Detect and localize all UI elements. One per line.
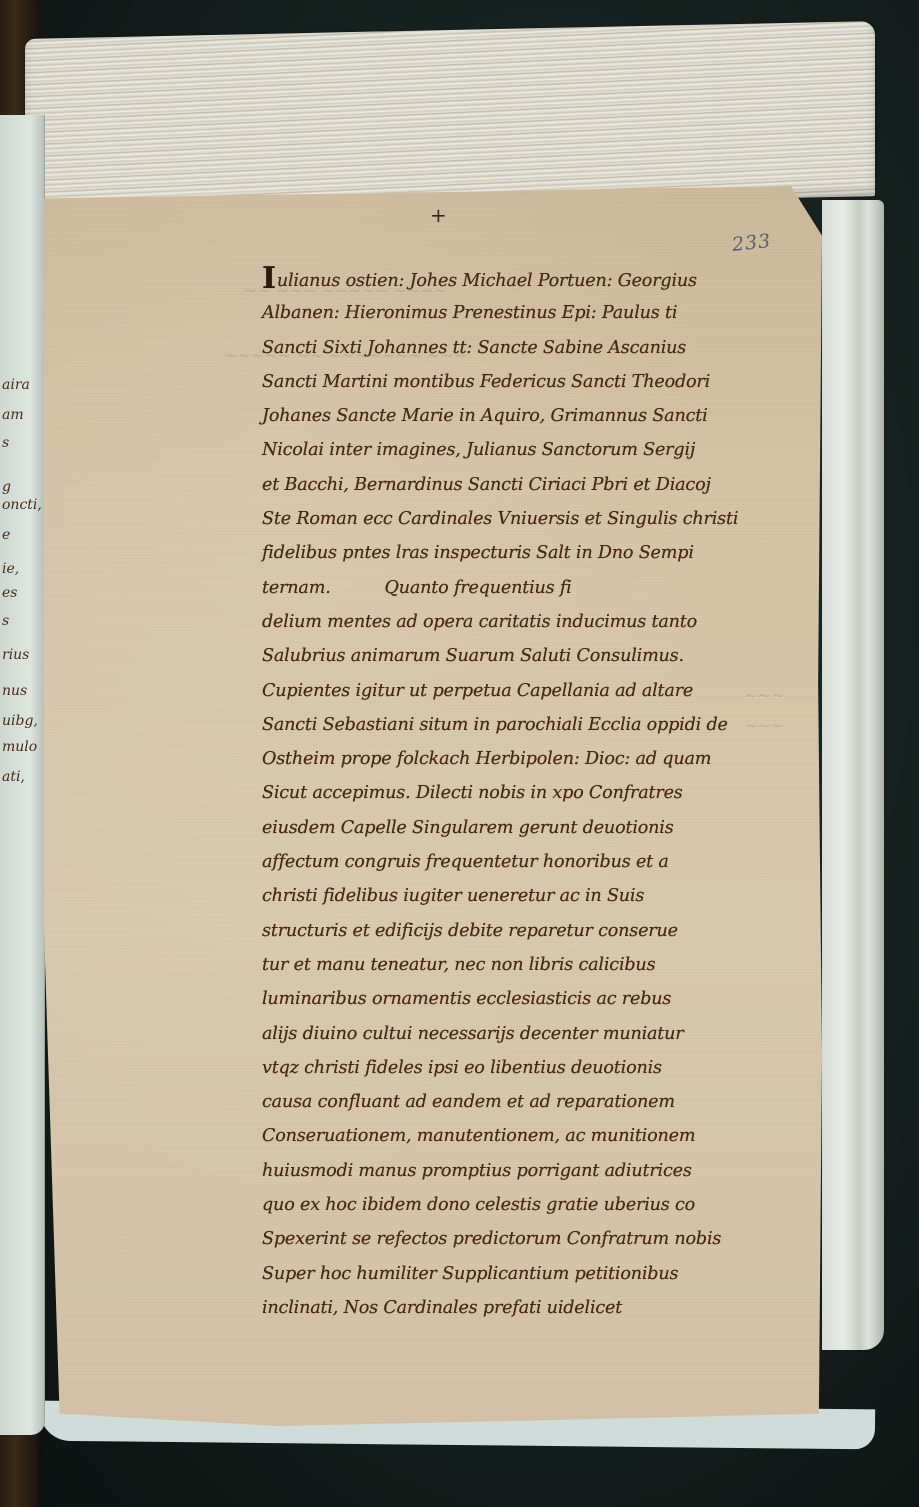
text-line: alijs diuino cultui necessarijs decenter…: [262, 1017, 802, 1051]
manuscript-photo: aira am s g oncti, e ie, es s rius nus u…: [0, 0, 919, 1507]
page-block-right-edges: [822, 200, 884, 1350]
text-line: causa confluant ad eandem et ad reparati…: [262, 1085, 802, 1119]
text-line: christi fidelibus iugiter ueneretur ac i…: [262, 879, 802, 913]
text-line: Sicut accepimus. Dilecti nobis in xpo Co…: [262, 776, 802, 810]
text-line: vtqz christi fideles ipsi eo libentius d…: [262, 1051, 802, 1085]
text-line: Sancti Sebastiani situm in parochiali Ec…: [262, 708, 802, 742]
decorated-initial: I: [262, 261, 276, 296]
text-line: Sancti Martini montibus Federicus Sancti…: [262, 365, 802, 399]
text-line: ternam. Quanto frequentius fi: [262, 571, 802, 605]
left-fragment: es: [2, 585, 17, 601]
text-line: et Bacchi, Bernardinus Sancti Ciriaci Pb…: [262, 468, 802, 502]
folio-number: 233: [731, 230, 772, 256]
manuscript-text: Iulianus ostien: Johes Michael Portuen: …: [262, 262, 802, 1325]
left-fragment: uibg,: [2, 713, 38, 729]
text-line: delium mentes ad opera caritatis inducim…: [262, 605, 802, 639]
left-fragment: am: [2, 407, 24, 423]
text-line: huiusmodi manus promptius porrigant adiu…: [262, 1154, 802, 1188]
left-fragment: s: [2, 613, 9, 629]
text-line: Ste Roman ecc Cardinales Vniuersis et Si…: [262, 502, 802, 536]
text-line: tur et manu teneatur, nec non libris cal…: [262, 948, 802, 982]
text-line: Sancti Sixti Johannes tt: Sancte Sabine …: [262, 331, 802, 365]
text-line: Johanes Sancte Marie in Aquiro, Grimannu…: [262, 399, 802, 433]
left-fragment: s: [2, 435, 9, 451]
text-line: Spexerint se refectos predictorum Confra…: [262, 1222, 802, 1256]
text-line: Super hoc humiliter Supplicantium petiti…: [262, 1257, 802, 1291]
text-line: affectum congruis frequentetur honoribus…: [262, 845, 802, 879]
text-line: eiusdem Capelle Singularem gerunt deuoti…: [262, 811, 802, 845]
text-line: Albanen: Hieronimus Prenestinus Epi: Pau…: [262, 296, 802, 330]
text-line: Ostheim prope folckach Herbipolen: Dioc:…: [262, 742, 802, 776]
line-text: ulianus ostien: Johes Michael Portuen: G…: [277, 271, 697, 291]
text-line: Iulianus ostien: Johes Michael Portuen: …: [262, 262, 802, 296]
left-fragment: nus: [2, 683, 27, 699]
left-fragment: ie,: [2, 561, 19, 577]
text-line: Nicolai inter imagines, Julianus Sanctor…: [262, 433, 802, 467]
left-fragment: ati,: [2, 769, 25, 785]
left-fragment: aira: [2, 377, 30, 393]
left-facing-page-strip: aira am s g oncti, e ie, es s rius nus u…: [0, 115, 45, 1435]
cross-mark: +: [430, 203, 447, 227]
text-line: luminaribus ornamentis ecclesiasticis ac…: [262, 982, 802, 1016]
text-line: quo ex hoc ibidem dono celestis gratie u…: [262, 1188, 802, 1222]
text-line: Salubrius animarum Suarum Saluti Consuli…: [262, 639, 802, 673]
page-block-top-edges: [25, 21, 875, 214]
left-fragment: oncti,: [2, 497, 42, 513]
left-fragment: rius: [2, 647, 29, 663]
left-fragment: e: [2, 527, 10, 543]
text-line: inclinati, Nos Cardinales prefati uideli…: [262, 1291, 802, 1325]
left-fragment: mulo: [2, 739, 37, 755]
text-line: fidelibus pntes lras inspecturis Salt in…: [262, 536, 802, 570]
left-fragment: g: [2, 479, 11, 495]
text-line: Cupientes igitur ut perpetua Capellania …: [262, 674, 802, 708]
text-line: structuris et edificijs debite reparetur…: [262, 914, 802, 948]
text-line: Conseruationem, manutentionem, ac muniti…: [262, 1119, 802, 1153]
